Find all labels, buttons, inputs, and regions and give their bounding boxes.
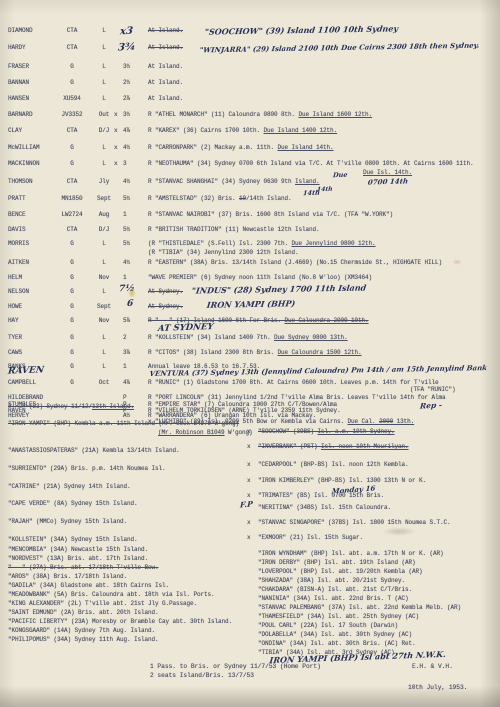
registration: CTA bbox=[54, 127, 90, 134]
text-segment: Isl. a.m. 10th Sydney. bbox=[318, 428, 395, 435]
ship-movement-text: "AROS" (38A) Bris. 17/18th Island. bbox=[8, 573, 127, 580]
ship-movement-text: "ONDINA" (34A) Isl. abt. 30th Bris. (AC)… bbox=[258, 640, 416, 647]
ship-movement-text: "CEDARPOOL" (BHP-BS) Isl. noon 12th Kemb… bbox=[258, 461, 409, 468]
registration: G bbox=[54, 274, 90, 281]
text-segment: "SOOCHOW" (39BS) bbox=[258, 428, 318, 435]
ship-movement-text: "CHAKDARA" (BISN-A) Isl. abt. 21st C/T/B… bbox=[258, 586, 412, 593]
pilot-name: DIAMOND bbox=[8, 27, 33, 34]
month: L bbox=[92, 334, 116, 341]
text-segment: R "ATHEL MONARCH" (11) Caloundra 0800 8t… bbox=[148, 111, 299, 118]
text-segment: Due Sydney 0800 13th. bbox=[274, 334, 348, 341]
month: L bbox=[92, 240, 116, 247]
month: D/J bbox=[92, 226, 116, 233]
text-segment: 13th Island. bbox=[92, 403, 134, 410]
ship-movement-text: "RAJAH" (MMCo) Sydney 15th Island. bbox=[8, 518, 127, 525]
handwritten-note: "INDUS" (28) Sydney 1700 11th Island bbox=[191, 282, 367, 295]
handwritten-note: AT SYDNEY bbox=[157, 322, 214, 334]
registration: G bbox=[54, 363, 90, 370]
hours: A½ bbox=[123, 412, 130, 419]
x-marker: x bbox=[114, 144, 118, 151]
text-segment: R "CITOS" (38) Island 2300 8th Bris. bbox=[148, 349, 278, 356]
month: Sept bbox=[92, 303, 116, 310]
text-segment: Due Island 14th. bbox=[278, 144, 334, 151]
pilot-name: AITKEN bbox=[8, 259, 29, 266]
movement-remark: R "BRITISH TRADITION" (11) Newcastle 12t… bbox=[148, 226, 320, 233]
movement-remark: At Island. bbox=[148, 79, 183, 86]
ship-movement-text: "NERITINA" (34BS) Isl. 15th Caloundra. bbox=[258, 504, 391, 511]
ship-movement-text: "CATRINE" (21A) Sydney 14th Island. bbox=[8, 483, 131, 490]
x-marker: x bbox=[114, 127, 118, 134]
movement-remark: R "RUNIC" (1) Gladstone 1700 8th. At Cai… bbox=[148, 379, 439, 386]
text-segment: Isl. noon 10th Mourilyan. bbox=[321, 443, 409, 450]
movement-remark: R "STANVAC NAIROBI" (37) Bris. 1600 8th … bbox=[148, 211, 393, 218]
ship-movement-text: (Mr. Robinson B1049 W'gong) bbox=[158, 429, 253, 436]
text-segment: At Sydney. bbox=[148, 288, 183, 295]
text-segment: Due Jennylind 0800 12th. bbox=[292, 240, 376, 247]
ship-movement-text: "DOLABELLA" (34A) Isl. abt. 30th Sydney … bbox=[258, 631, 412, 638]
hours: 4½ bbox=[123, 259, 130, 266]
ship-movement-text: "STANVAC PALEMBANG" (37A) Isl. abt. 22nd… bbox=[258, 604, 461, 611]
pilot-name: MORRIS bbox=[8, 240, 29, 247]
registration: G bbox=[54, 144, 90, 151]
text-segment: "THAMESFIELD" (34A) Isl. abt. 25th Sydne… bbox=[258, 613, 419, 620]
x-marker: x bbox=[114, 160, 118, 167]
text-segment: "DOLABELLA" (34A) Isl. abt. 30th Sydney … bbox=[258, 631, 412, 638]
movement-remark: At Island. bbox=[148, 95, 183, 102]
registration: CTA bbox=[54, 27, 90, 34]
pilot-name: McWILLIAM bbox=[8, 144, 40, 151]
text-segment: "GADILA" (34A) Gladstone abt. 18th Cairn… bbox=[8, 582, 169, 589]
month: L bbox=[92, 288, 116, 295]
text-segment: R "KAREX" (36) Cairns 1700 10th. bbox=[148, 127, 264, 134]
hours: 2⅞ bbox=[123, 95, 130, 102]
text-segment: "MENCOMBIA" (34A) Newcastle 15th Island. bbox=[8, 546, 148, 553]
hours: 3½ bbox=[123, 63, 130, 70]
movement-remark: At Island. bbox=[148, 63, 183, 70]
text-segment: "SHAHZADA" (38A) Isl. abt. 20/21st Sydne… bbox=[258, 577, 405, 584]
text-segment: R "KOLLSTEIN" (34) Island 1400 7th. bbox=[148, 334, 274, 341]
text-segment: R "CARRONPARK" (2) Mackay a.m. 11th. bbox=[148, 144, 278, 151]
ship-movement-text: "IRON KIMBERLEY" (BHP-BS) Isl. 1300 13th… bbox=[258, 477, 426, 484]
ship-movement-text: "IRON DERBY" (BHP) Isl. abt. 19th Island… bbox=[258, 559, 416, 566]
text-segment: 2000 bbox=[379, 418, 393, 425]
ship-movement-text: "THAMESFIELD" (34A) Isl. abt. 25th Sydne… bbox=[258, 613, 419, 620]
hours: 2 bbox=[123, 334, 127, 341]
hours: 4½ bbox=[123, 144, 130, 151]
movement-remark: At Sydney. bbox=[148, 288, 183, 295]
movement-remark: (R "THISTLEDALE" (S.Fell) Isl. 2300 7th.… bbox=[148, 240, 376, 247]
registration: G bbox=[54, 379, 90, 386]
handwritten-note: IRON YAMPI (BHP) bbox=[206, 298, 296, 310]
handwritten-note: "SOOCHOW" (39) Island 1100 10th Sydney bbox=[204, 23, 399, 36]
ship-movement-text: "GADILA" (34A) Gladstone abt. 18th Cairn… bbox=[8, 582, 169, 589]
handwritten-note: Due bbox=[333, 171, 348, 180]
pilot-name: THOMSON bbox=[8, 178, 33, 185]
document-date: 10th July, 1953. bbox=[408, 684, 467, 691]
pilot-name: FRASER bbox=[8, 63, 29, 70]
ship-movement-text: "INVERBANK" (PST) Isl. noon 10th Mourily… bbox=[258, 443, 409, 450]
ship-movement-text: "———" (23) Sydney 11/12/13th Island. bbox=[8, 403, 134, 410]
ship-movement-text: "KING ALEXANDER" (2L) T'ville abt. 21st … bbox=[8, 600, 197, 607]
movement-remark: R "STANVAC SHANGHAI" (34) Sydney 0630 9t… bbox=[148, 178, 320, 185]
text-segment: "ANASTASSIOSPATERAS" (21A) Kembla 13/14t… bbox=[8, 447, 180, 454]
hours: 5½ bbox=[123, 240, 130, 247]
ship-movement-text: "EXMOOR" (21) Isl. 15th Sugar. bbox=[258, 534, 363, 541]
month: Oct bbox=[92, 379, 116, 386]
pilot-name: HARDY bbox=[8, 44, 26, 51]
movement-remark: At Island. bbox=[148, 44, 183, 51]
hours: 3½ bbox=[123, 111, 130, 118]
ship-movement-text: "IRON WYNDHAM" (BHP) Isl. abt. a.m. 17th… bbox=[258, 550, 444, 557]
month: L bbox=[92, 79, 116, 86]
footnote-1: 1 Pass. to Bris. or Sydney 11/7/53 (Home… bbox=[150, 663, 321, 670]
registration: G bbox=[54, 303, 90, 310]
text-segment: Due Cal. bbox=[348, 418, 380, 425]
movement-remark: "WAVE PREMIER" (6) Sydney noon 11th Isla… bbox=[148, 274, 372, 281]
x-marker: x bbox=[247, 519, 251, 526]
pilot-name: HERVEY bbox=[8, 412, 29, 419]
hours: 1 bbox=[123, 274, 127, 281]
text-segment: "LOVERPOOL" (BHP) Isl. abt. 19/20th Kemb… bbox=[258, 568, 423, 575]
x-marker: x bbox=[247, 477, 251, 484]
handwritten-note: 7½ bbox=[119, 284, 136, 295]
ship-movement-text: "ANASTASSIOSPATERAS" (21A) Kembla 13/14t… bbox=[8, 447, 180, 454]
movement-remark: (TFA "RUNIC") bbox=[410, 386, 456, 393]
registration: G bbox=[54, 63, 90, 70]
text-segment: "KONGSGAARD" (14A) Sydney 7th Aug. Islan… bbox=[8, 627, 155, 634]
movement-remark: R "ATHEL MONARCH" (11) Caloundra 0800 8t… bbox=[148, 111, 372, 118]
month: L bbox=[92, 349, 116, 356]
handwritten-note: x3 bbox=[119, 26, 133, 38]
ship-movement-text: "———" (27A) Bris. abt. 17/18th T'ville B… bbox=[8, 564, 159, 571]
ship-movement-text: "NANINIA" (34A) Isl. abt. 22nd Bris. T (… bbox=[258, 595, 409, 602]
registration: MN1850 bbox=[54, 195, 90, 202]
text-segment: "POUL CARL" (22A) Isl. 17 South (Darwin) bbox=[258, 622, 398, 629]
text-segment: At Sydney. bbox=[148, 303, 183, 310]
pilot-name: BARNARD bbox=[8, 111, 33, 118]
text-segment: (R "TIBIA" (34) Jennylind 2300 12th Isla… bbox=[148, 249, 299, 256]
hours: 1 bbox=[123, 211, 127, 218]
month: L bbox=[92, 259, 116, 266]
hours: 3⅞ bbox=[123, 349, 130, 356]
handwritten-note: Rep - bbox=[420, 400, 443, 410]
text-segment: "SAINT EDMUND" (2A) Bris. abt. 20th Isla… bbox=[8, 609, 159, 616]
hours: 1 bbox=[123, 363, 127, 370]
hours: 4½ bbox=[123, 178, 130, 185]
x-marker: x bbox=[114, 111, 118, 118]
month: L bbox=[92, 160, 116, 167]
scanned-document-page: DIAMONDCTALAt Island.HARDYCTALAt Island.… bbox=[0, 0, 500, 707]
text-segment: "NORDVEST" (13A) Bris. abt. 17th Island. bbox=[8, 555, 148, 562]
text-segment: "NERITINA" (34BS) Isl. 15th Caloundra. bbox=[258, 504, 391, 511]
month: L bbox=[92, 95, 116, 102]
handwritten-note: 14th bbox=[303, 189, 321, 198]
handwritten-note: RAVEN bbox=[7, 365, 44, 376]
pilot-name: TYER bbox=[8, 334, 22, 341]
text-segment: "MEADOWBANK" (5A) Bris. Caloundra abt. 1… bbox=[8, 591, 215, 598]
text-segment: Due Isl. 14th. bbox=[363, 169, 412, 176]
month: D/J bbox=[92, 127, 116, 134]
text-segment: "SURRIENTO" (29A) Bris. p.m. 14th Noumea… bbox=[8, 465, 166, 472]
pilot-name: NELSON bbox=[8, 288, 29, 295]
movement-remark: R "CITOS" (38) Island 2300 8th Bris. Due… bbox=[148, 349, 362, 356]
x-marker: x bbox=[247, 534, 251, 541]
pilot-name: PRATT bbox=[8, 195, 26, 202]
text-segment: R "EASTERN" (38A) Bris. 13/14th Island (… bbox=[148, 259, 442, 266]
movement-remark: R "CARRONPARK" (2) Mackay a.m. 11th. Due… bbox=[148, 144, 334, 151]
text-segment: /14th Island. bbox=[246, 195, 292, 202]
movement-remark: R "NEOTHAUMA" (34) Sydney 0700 6th Islan… bbox=[148, 160, 474, 167]
hours: 4⅞ bbox=[123, 379, 130, 386]
ship-movement-text: "POUL CARL" (22A) Isl. 17 South (Darwin) bbox=[258, 622, 398, 629]
text-segment: "IRON KIMBERLEY" (BHP-BS) Isl. 1300 13th… bbox=[258, 477, 426, 484]
text-segment: R "STANVAC SHANGHAI" (34) Sydney 0630 9t… bbox=[148, 178, 295, 185]
handwritten-note: "WINJARRA" (29) Island 2100 10th Due Cai… bbox=[199, 41, 480, 55]
x-marker: x bbox=[247, 443, 251, 450]
text-segment: "KING ALEXANDER" (2L) T'ville abt. 21st … bbox=[8, 600, 197, 607]
month: Nov bbox=[92, 317, 116, 324]
month: L bbox=[92, 63, 116, 70]
registration: G bbox=[54, 160, 90, 167]
text-segment: (R "THISTLEDALE" (S.Fell) Isl. 2300 7th. bbox=[148, 240, 292, 247]
movement-remark: (R "TIBIA" (34) Jennylind 2300 12th Isla… bbox=[148, 249, 299, 256]
movement-remark: R "KOLLSTEIN" (34) Island 1400 7th. Due … bbox=[148, 334, 348, 341]
x-marker: x bbox=[247, 492, 251, 499]
pilot-name: DAVIS bbox=[8, 226, 26, 233]
ship-movement-text: "PHILIPOMUS" (34A) Sydney 11th Aug. Isla… bbox=[8, 636, 159, 643]
footnote-2: 2 seats Island/Bris. 13/7/53 bbox=[150, 672, 254, 679]
registration: G bbox=[54, 79, 90, 86]
pilot-name: BENCE bbox=[8, 211, 26, 218]
movement-remark: Due Isl. 14th. bbox=[363, 169, 412, 176]
x-marker: x bbox=[247, 461, 251, 468]
text-segment: "CAPE VERDE" (8A) Sydney 15th Island. bbox=[8, 500, 138, 507]
text-segment: "CEDARPOOL" (BHP-BS) Isl. noon 12th Kemb… bbox=[258, 461, 409, 468]
ship-movement-text: "NORDVEST" (13A) Bris. abt. 17th Island. bbox=[8, 555, 148, 562]
text-segment: "———" (27A) Bris. abt. 17/18th T'ville B… bbox=[8, 564, 159, 571]
registration: LW2724 bbox=[54, 211, 90, 218]
text-segment: "NANINIA" (34A) Isl. abt. 22nd Bris. T (… bbox=[258, 595, 409, 602]
registration: G bbox=[54, 240, 90, 247]
handwritten-note: 0700 14th bbox=[367, 176, 408, 186]
registration: CTA bbox=[54, 226, 90, 233]
text-segment: "CATRINE" (21A) Sydney 14th Island. bbox=[8, 483, 131, 490]
text-segment: At Island. bbox=[148, 44, 183, 51]
registration: G bbox=[54, 349, 90, 356]
pilot-name: HANSEN bbox=[8, 95, 29, 102]
ship-movement-text: "SOOCHOW" (39BS) Isl. a.m. 10th Sydney. bbox=[258, 428, 395, 435]
hours: P bbox=[123, 394, 127, 401]
text-segment: R "RUNIC" (1) Gladstone 1700 8th. At Cai… bbox=[148, 379, 439, 386]
handwritten-note: F.P bbox=[240, 499, 253, 509]
text-segment: "INVERBANK" (PST) bbox=[258, 443, 321, 450]
text-segment: "WAVE PREMIER" (6) Sydney noon 11th Isla… bbox=[148, 274, 372, 281]
month: L bbox=[92, 27, 116, 34]
text-segment: Due Island 1600 12th. bbox=[299, 111, 373, 118]
hours: 5½ bbox=[123, 195, 130, 202]
text-segment: Due Caloundra 1500 12th. bbox=[278, 349, 362, 356]
text-segment: R "BRITISH TRADITION" (11) Newcastle 12t… bbox=[148, 226, 320, 233]
ship-movement-text: "CAPE VERDE" (8A) Sydney 15th Island. bbox=[8, 500, 138, 507]
month: Out bbox=[92, 111, 116, 118]
ship-movement-text: "SAINT EDMUND" (2A) Bris. abt. 20th Isla… bbox=[8, 609, 159, 616]
text-segment: "ONDINA" (34A) Isl. abt. 30th Bris. (AC)… bbox=[258, 640, 416, 647]
hours: 4⅞ bbox=[123, 127, 130, 134]
text-segment: "PHILIPOMUS" (34A) Sydney 11th Aug. Isla… bbox=[8, 636, 159, 643]
registration: JV3352 bbox=[54, 111, 90, 118]
text-segment: "IRON WYNDHAM" (BHP) Isl. abt. a.m. 17th… bbox=[258, 550, 444, 557]
text-segment: 13th. bbox=[393, 418, 414, 425]
month: L bbox=[92, 44, 116, 51]
registration: CTA bbox=[54, 178, 90, 185]
month: Nov bbox=[92, 274, 116, 281]
registration: G bbox=[54, 317, 90, 324]
hours: 5½ bbox=[123, 226, 130, 233]
pilot-name: HILDEBRAND bbox=[8, 394, 43, 401]
text-segment: "IRON YAMPI" (BHP) Kembla a.m. 11th Isla… bbox=[8, 420, 159, 427]
hours: 5⅞ bbox=[123, 317, 130, 324]
month: Sept bbox=[92, 195, 116, 202]
paper-smudge bbox=[382, 527, 416, 536]
text-segment: R "AMSTELSTAD" (32) Bris. bbox=[148, 195, 239, 202]
pilot-name: HOWE bbox=[8, 303, 22, 310]
registration: XU594 bbox=[54, 95, 90, 102]
registration: G bbox=[54, 334, 90, 341]
text-segment: "KOLLSTEIN" (34A) Sydney 15th Island. bbox=[8, 536, 138, 543]
movement-remark: R "PORT LINCOLN" (31) Jennylind 1/2nd T'… bbox=[148, 394, 446, 401]
month: Jly bbox=[92, 178, 116, 185]
ship-movement-text: "LOVERPOOL" (BHP) Isl. abt. 19/20th Kemb… bbox=[258, 568, 423, 575]
text-segment: R "NEOTHAUMA" (34) Sydney 0700 6th Islan… bbox=[148, 160, 474, 167]
month: L bbox=[92, 363, 116, 370]
pilot-name: HELM bbox=[8, 274, 22, 281]
text-segment: 10 bbox=[239, 195, 246, 202]
registration: CTA bbox=[54, 44, 90, 51]
hours: 2½ bbox=[123, 79, 130, 86]
text-segment: At Island. bbox=[148, 95, 183, 102]
pilot-name: HAY bbox=[8, 317, 19, 324]
ship-movement-text: "PACIFIC LIBERTY" (23A) Moresby or Bramb… bbox=[8, 618, 232, 625]
text-segment: "IRON DERBY" (BHP) Isl. abt. 19th Island… bbox=[258, 559, 416, 566]
movement-remark: R "AMSTELSTAD" (32) Bris. 10/14th Island… bbox=[148, 195, 292, 202]
movement-remark: R "EASTERN" (38A) Bris. 13/14th Island (… bbox=[148, 259, 442, 266]
signature-initials: E.H. & V.H. bbox=[412, 663, 453, 670]
text-segment: Island. bbox=[295, 178, 320, 185]
text-segment: "STANVAC PALEMBANG" (37A) Isl. abt. 22nd… bbox=[258, 604, 461, 611]
ship-movement-text: "STANVAC SINGAPORE" (37BS) Isl. 1800 15t… bbox=[258, 519, 451, 526]
text-segment: "RAJAH" (MMCo) Sydney 15th Island. bbox=[8, 518, 127, 525]
text-segment: At Island. bbox=[148, 63, 183, 70]
pilot-name: CLAY bbox=[8, 127, 22, 134]
registration: G bbox=[54, 259, 90, 266]
text-segment: R "PORT LINCOLN" (31) Jennylind 1/2nd T'… bbox=[148, 394, 446, 401]
pilot-name: MACKINNON bbox=[8, 160, 40, 167]
text-segment: At Island. bbox=[148, 27, 183, 34]
ship-movement-text: "SURRIENTO" (29A) Bris. p.m. 14th Noumea… bbox=[8, 465, 166, 472]
month: L bbox=[92, 144, 116, 151]
text-segment: (Mr. Robinson B1049 bbox=[158, 429, 225, 436]
text-segment: (Mr. Cook B4979 W'gong) bbox=[159, 420, 240, 427]
handwritten-note: 3¾ bbox=[117, 42, 135, 54]
hours: 3 bbox=[123, 160, 127, 167]
movement-remark: R "KAREX" (36) Cairns 1700 10th. Due Isl… bbox=[148, 127, 337, 134]
handwritten-note: 6 bbox=[127, 299, 134, 309]
pilot-name: CAWS bbox=[8, 349, 22, 356]
text-segment: Due Island 1400 12th. bbox=[264, 127, 338, 134]
ship-movement-text: "KOLLSTEIN" (34A) Sydney 15th Island. bbox=[8, 536, 138, 543]
ship-movement-text: "MEADOWBANK" (5A) Bris. Caloundra abt. 1… bbox=[8, 591, 215, 598]
pilot-name: BANNAN bbox=[8, 79, 29, 86]
x-marker: x bbox=[247, 428, 251, 435]
ship-movement-text: "MENCOMBIA" (34A) Newcastle 15th Island. bbox=[8, 546, 148, 553]
movement-remark: At Island. bbox=[148, 27, 183, 34]
pilot-name: CAMPBELL bbox=[8, 379, 36, 386]
paper-smudge bbox=[452, 259, 462, 265]
text-segment: At Island. bbox=[148, 79, 183, 86]
text-segment: "STANVAC SINGAPORE" (37BS) Isl. 1800 15t… bbox=[258, 519, 451, 526]
text-segment: (TFA "RUNIC") bbox=[410, 386, 456, 393]
text-segment: "CHAKDARA" (BISN-A) Isl. abt. 21st C/T/B… bbox=[258, 586, 412, 593]
ship-movement-text: "SHAHZADA" (38A) Isl. abt. 20/21st Sydne… bbox=[258, 577, 405, 584]
registration: G bbox=[54, 288, 90, 295]
text-segment: R "STANVAC NAIROBI" (37) Bris. 1600 8th … bbox=[148, 211, 393, 218]
text-segment: "AROS" (38A) Bris. 17/18th Island. bbox=[8, 573, 127, 580]
ship-movement-text: "KONGSGAARD" (14A) Sydney 7th Aug. Islan… bbox=[8, 627, 155, 634]
movement-remark: At Sydney. bbox=[148, 303, 183, 310]
text-segment: Due Caloundra 2000 10th. bbox=[285, 317, 369, 324]
ship-movement-text: "IRON YAMPI" (BHP) Kembla a.m. 11th Isla… bbox=[8, 420, 239, 427]
text-segment: "PACIFIC LIBERTY" (23A) Moresby or Bramb… bbox=[8, 618, 232, 625]
text-segment: "———" (23) Sydney 11/12/ bbox=[8, 403, 92, 410]
month: Aug bbox=[92, 211, 116, 218]
text-segment: "EXMOOR" (21) Isl. 15th Sugar. bbox=[258, 534, 363, 541]
